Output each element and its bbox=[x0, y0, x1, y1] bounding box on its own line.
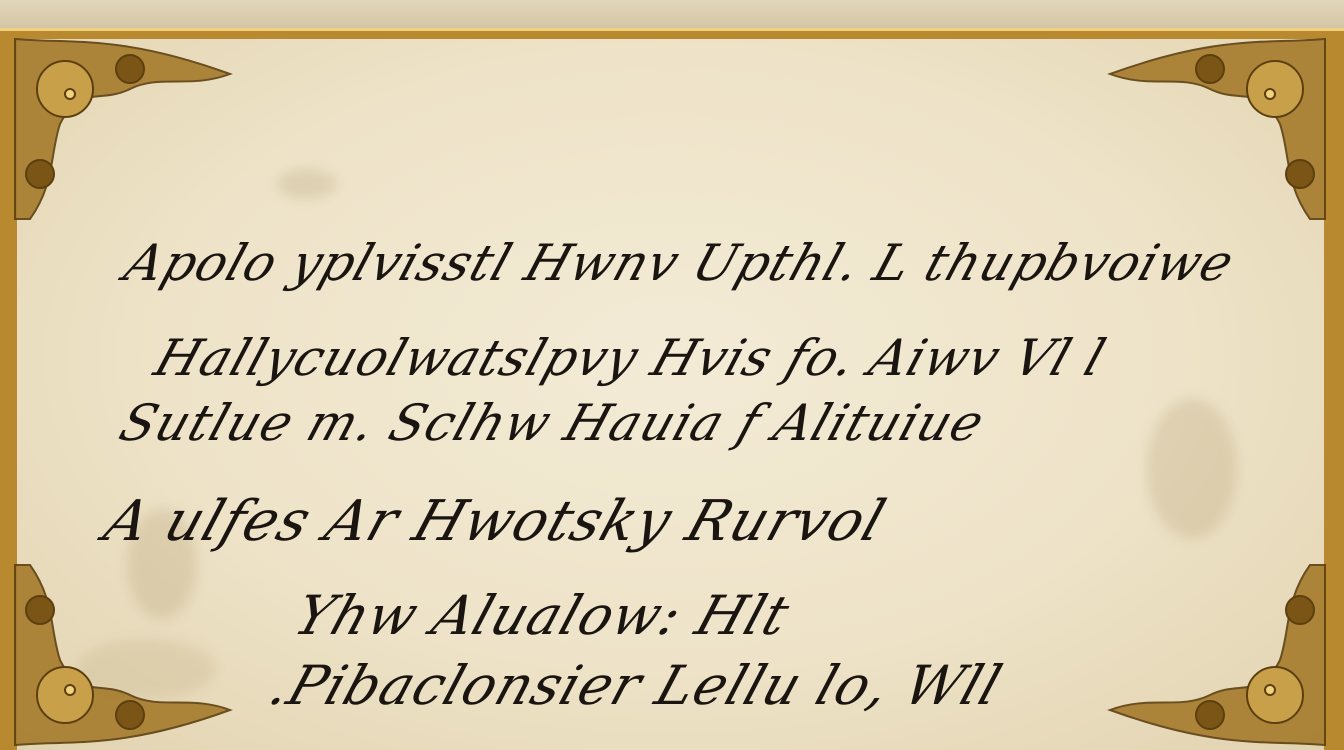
ornament-bottom-left-icon bbox=[10, 560, 240, 750]
ornament-top-right-icon bbox=[1100, 34, 1330, 224]
script-line-4: A ulfes Ar Hwotsky Rurvol bbox=[96, 489, 893, 554]
script-line-1: Apolo yplvisstl Hwnv Upthl. L thupbvoiwe bbox=[118, 234, 1242, 292]
ornament-bottom-right-icon bbox=[1100, 560, 1330, 750]
script-line-3: Sutlue m. Sclhw Hauia f Alituiue bbox=[113, 394, 992, 452]
ink-stain bbox=[1147, 399, 1237, 539]
wall-mat bbox=[0, 0, 1344, 30]
script-line-6: .Pibaclonsier Lellu lo, Wll bbox=[262, 654, 1010, 717]
ink-stain bbox=[277, 169, 337, 199]
ornament-top-left-icon bbox=[10, 34, 240, 224]
script-line-2: Hallycuolwatslpvy Hvis fo. Aiwv Vl l bbox=[148, 329, 1113, 387]
script-line-5: Yhw Alualow: Hlt bbox=[287, 584, 798, 647]
